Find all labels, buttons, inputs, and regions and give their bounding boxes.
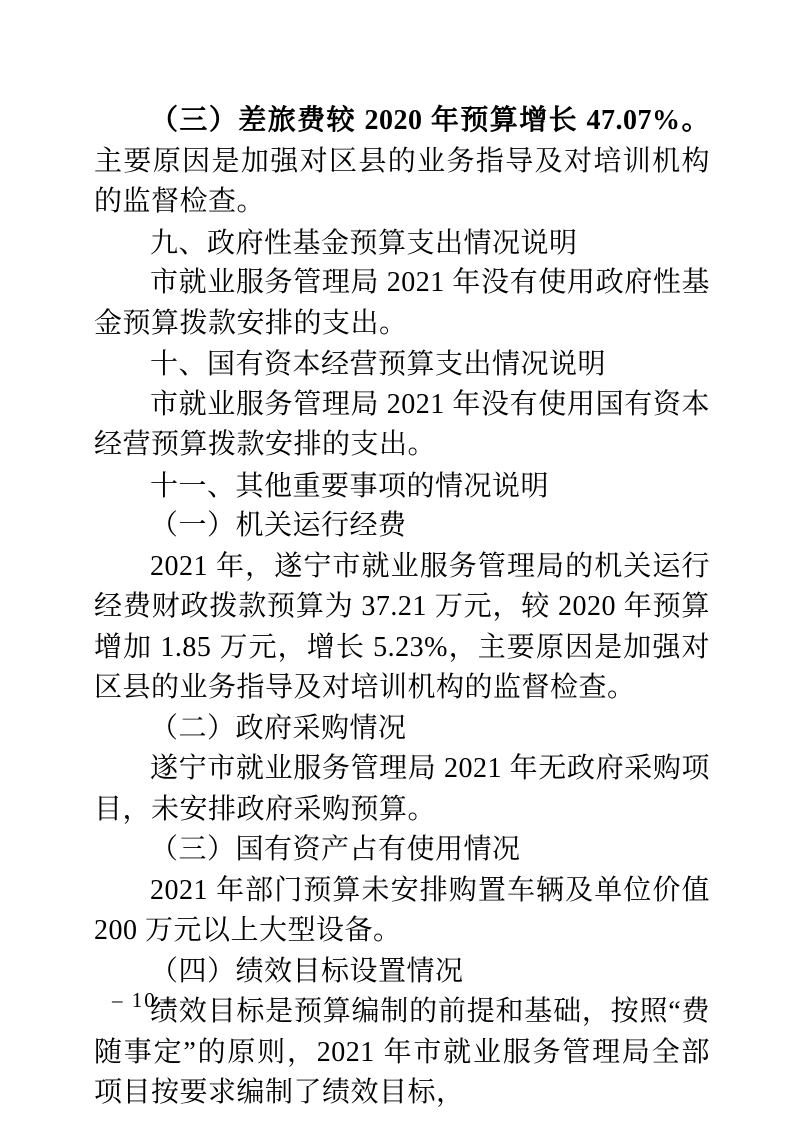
document-page: （三）差旅费较 2020 年预算增长 47.07%。主要原因是加强对区县的业务指… bbox=[0, 0, 793, 1122]
paragraph-bold-lead: （三）差旅费较 2020 年预算增长 47.07%。 bbox=[150, 105, 710, 136]
paragraph-state-capital-budget: 市就业服务管理局 2021 年没有使用国有资本经营预算拨款安排的支出。 bbox=[94, 385, 710, 466]
section-heading-gov-fund-budget: 九、政府性基金预算支出情况说明 bbox=[94, 223, 710, 264]
paragraph-agency-operating-funds: 2021 年，遂宁市就业服务管理局的机关运行经费财政拨款预算为 37.21 万元… bbox=[94, 547, 710, 709]
subsection-heading-state-assets-usage: （三）国有资产占有使用情况 bbox=[94, 830, 710, 871]
subsection-heading-government-procurement: （二）政府采购情况 bbox=[94, 709, 710, 750]
page-footer: – 10 – bbox=[112, 986, 177, 1014]
paragraph-text: 主要原因是加强对区县的业务指导及对培训机构的监督检查。 bbox=[94, 146, 710, 218]
paragraph-performance-targets: 绩效目标是预算编制的前提和基础，按照“费随事定”的原则，2021 年市就业服务管… bbox=[94, 992, 710, 1114]
section-heading-state-capital-budget: 十、国有资本经营预算支出情况说明 bbox=[94, 344, 710, 385]
document-body: （三）差旅费较 2020 年预算增长 47.07%。主要原因是加强对区县的业务指… bbox=[94, 101, 710, 1114]
subsection-heading-performance-targets: （四）绩效目标设置情况 bbox=[94, 952, 710, 993]
subsection-heading-agency-operating-funds: （一）机关运行经费 bbox=[94, 506, 710, 547]
paragraph-state-assets-usage: 2021 年部门预算未安排购置车辆及单位价值 200 万元以上大型设备。 bbox=[94, 871, 710, 952]
paragraph-travel-expense: （三）差旅费较 2020 年预算增长 47.07%。主要原因是加强对区县的业务指… bbox=[94, 101, 710, 223]
section-heading-other-important-items: 十一、其他重要事项的情况说明 bbox=[94, 466, 710, 507]
paragraph-gov-fund-budget: 市就业服务管理局 2021 年没有使用政府性基金预算拨款安排的支出。 bbox=[94, 263, 710, 344]
paragraph-government-procurement: 遂宁市就业服务管理局 2021 年无政府采购项目，未安排政府采购预算。 bbox=[94, 749, 710, 830]
page-number: – 10 – bbox=[112, 988, 177, 1012]
